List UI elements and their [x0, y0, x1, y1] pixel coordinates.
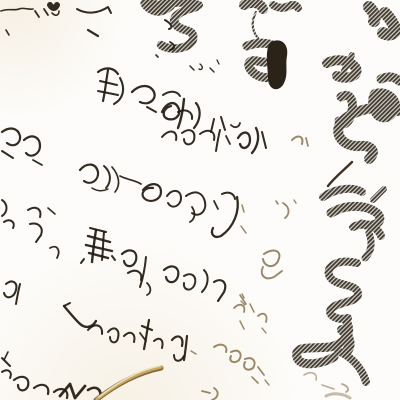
calligraphy-photo	[0, 0, 400, 400]
ink-character-stroke	[50, 5, 57, 8]
calligraphy-artwork	[0, 0, 400, 400]
hatched-brush-stroke	[273, 5, 298, 8]
hatched-brush-stroke	[381, 77, 399, 81]
hatched-brush-stroke	[369, 7, 375, 21]
dark-ink-blob	[267, 40, 287, 89]
